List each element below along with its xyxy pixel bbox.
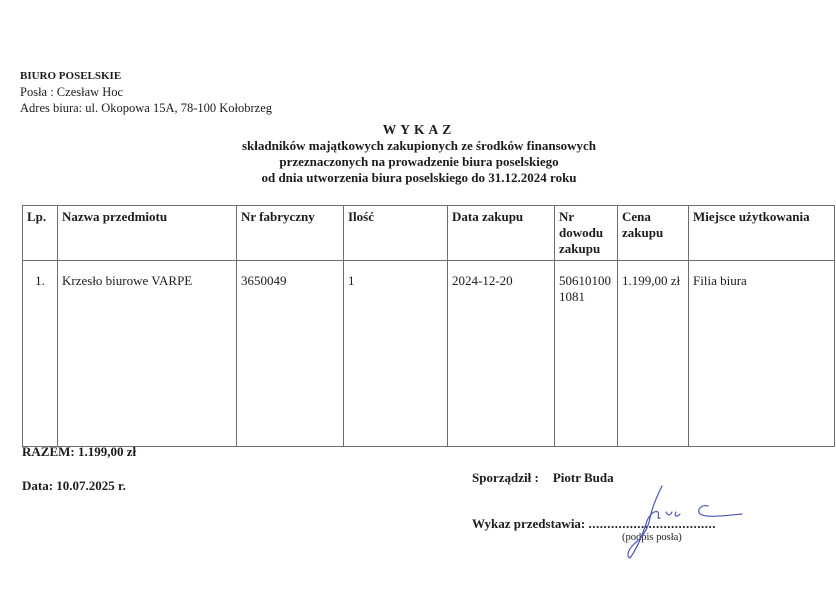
cell-name: Krzesło biurowe VARPE <box>58 261 237 447</box>
deputy-name: Posła : Czesław Hoc <box>20 84 272 100</box>
cell-serial: 3650049 <box>237 261 344 447</box>
organization-name: BIURO POSELSKIE <box>20 68 272 84</box>
total-amount: RAZEM: 1.199,00 zł <box>22 444 136 460</box>
cell-quantity: 1 <box>344 261 448 447</box>
assets-table: Lp. Nazwa przedmiotu Nr fabryczny Ilość … <box>22 205 835 447</box>
column-header-name: Nazwa przedmiotu <box>58 206 237 261</box>
office-header: BIURO POSELSKIE Posła : Czesław Hoc Adre… <box>20 68 272 116</box>
prepared-by-label: Sporządził : <box>472 470 539 485</box>
document-title: WYKAZ składników majątkowych zakupionych… <box>200 122 638 186</box>
column-header-location: Miejsce użytkowania <box>689 206 835 261</box>
column-header-purchase-date: Data zakupu <box>448 206 555 261</box>
title-line-2: przeznaczonych na prowadzenie biura pose… <box>200 154 638 170</box>
document-date: Data: 10.07.2025 r. <box>22 478 126 494</box>
handwritten-signature-icon <box>612 484 762 564</box>
cell-receipt-no: 506101001081 <box>555 261 618 447</box>
title-line-1: składników majątkowych zakupionych ze śr… <box>200 138 638 154</box>
column-header-receipt-no: Nr dowodu zakupu <box>555 206 618 261</box>
prepared-by-name: Piotr Buda <box>553 470 614 485</box>
column-header-price: Cena zakupu <box>618 206 689 261</box>
prepared-by: Sporządził :Piotr Buda <box>472 470 614 486</box>
office-address: Adres biura: ul. Okopowa 15A, 78-100 Koł… <box>20 100 272 116</box>
column-header-serial: Nr fabryczny <box>237 206 344 261</box>
column-header-quantity: Ilość <box>344 206 448 261</box>
presented-by-label: Wykaz przedstawia: <box>472 516 585 531</box>
table-header-row: Lp. Nazwa przedmiotu Nr fabryczny Ilość … <box>23 206 835 261</box>
cell-purchase-date: 2024-12-20 <box>448 261 555 447</box>
title-main: WYKAZ <box>200 122 638 138</box>
cell-location: Filia biura <box>689 261 835 447</box>
column-header-lp: Lp. <box>23 206 58 261</box>
title-line-3: od dnia utworzenia biura poselskiego do … <box>200 170 638 186</box>
table-row: 1. Krzesło biurowe VARPE 3650049 1 2024-… <box>23 261 835 447</box>
cell-price: 1.199,00 zł <box>618 261 689 447</box>
cell-lp: 1. <box>23 261 58 447</box>
